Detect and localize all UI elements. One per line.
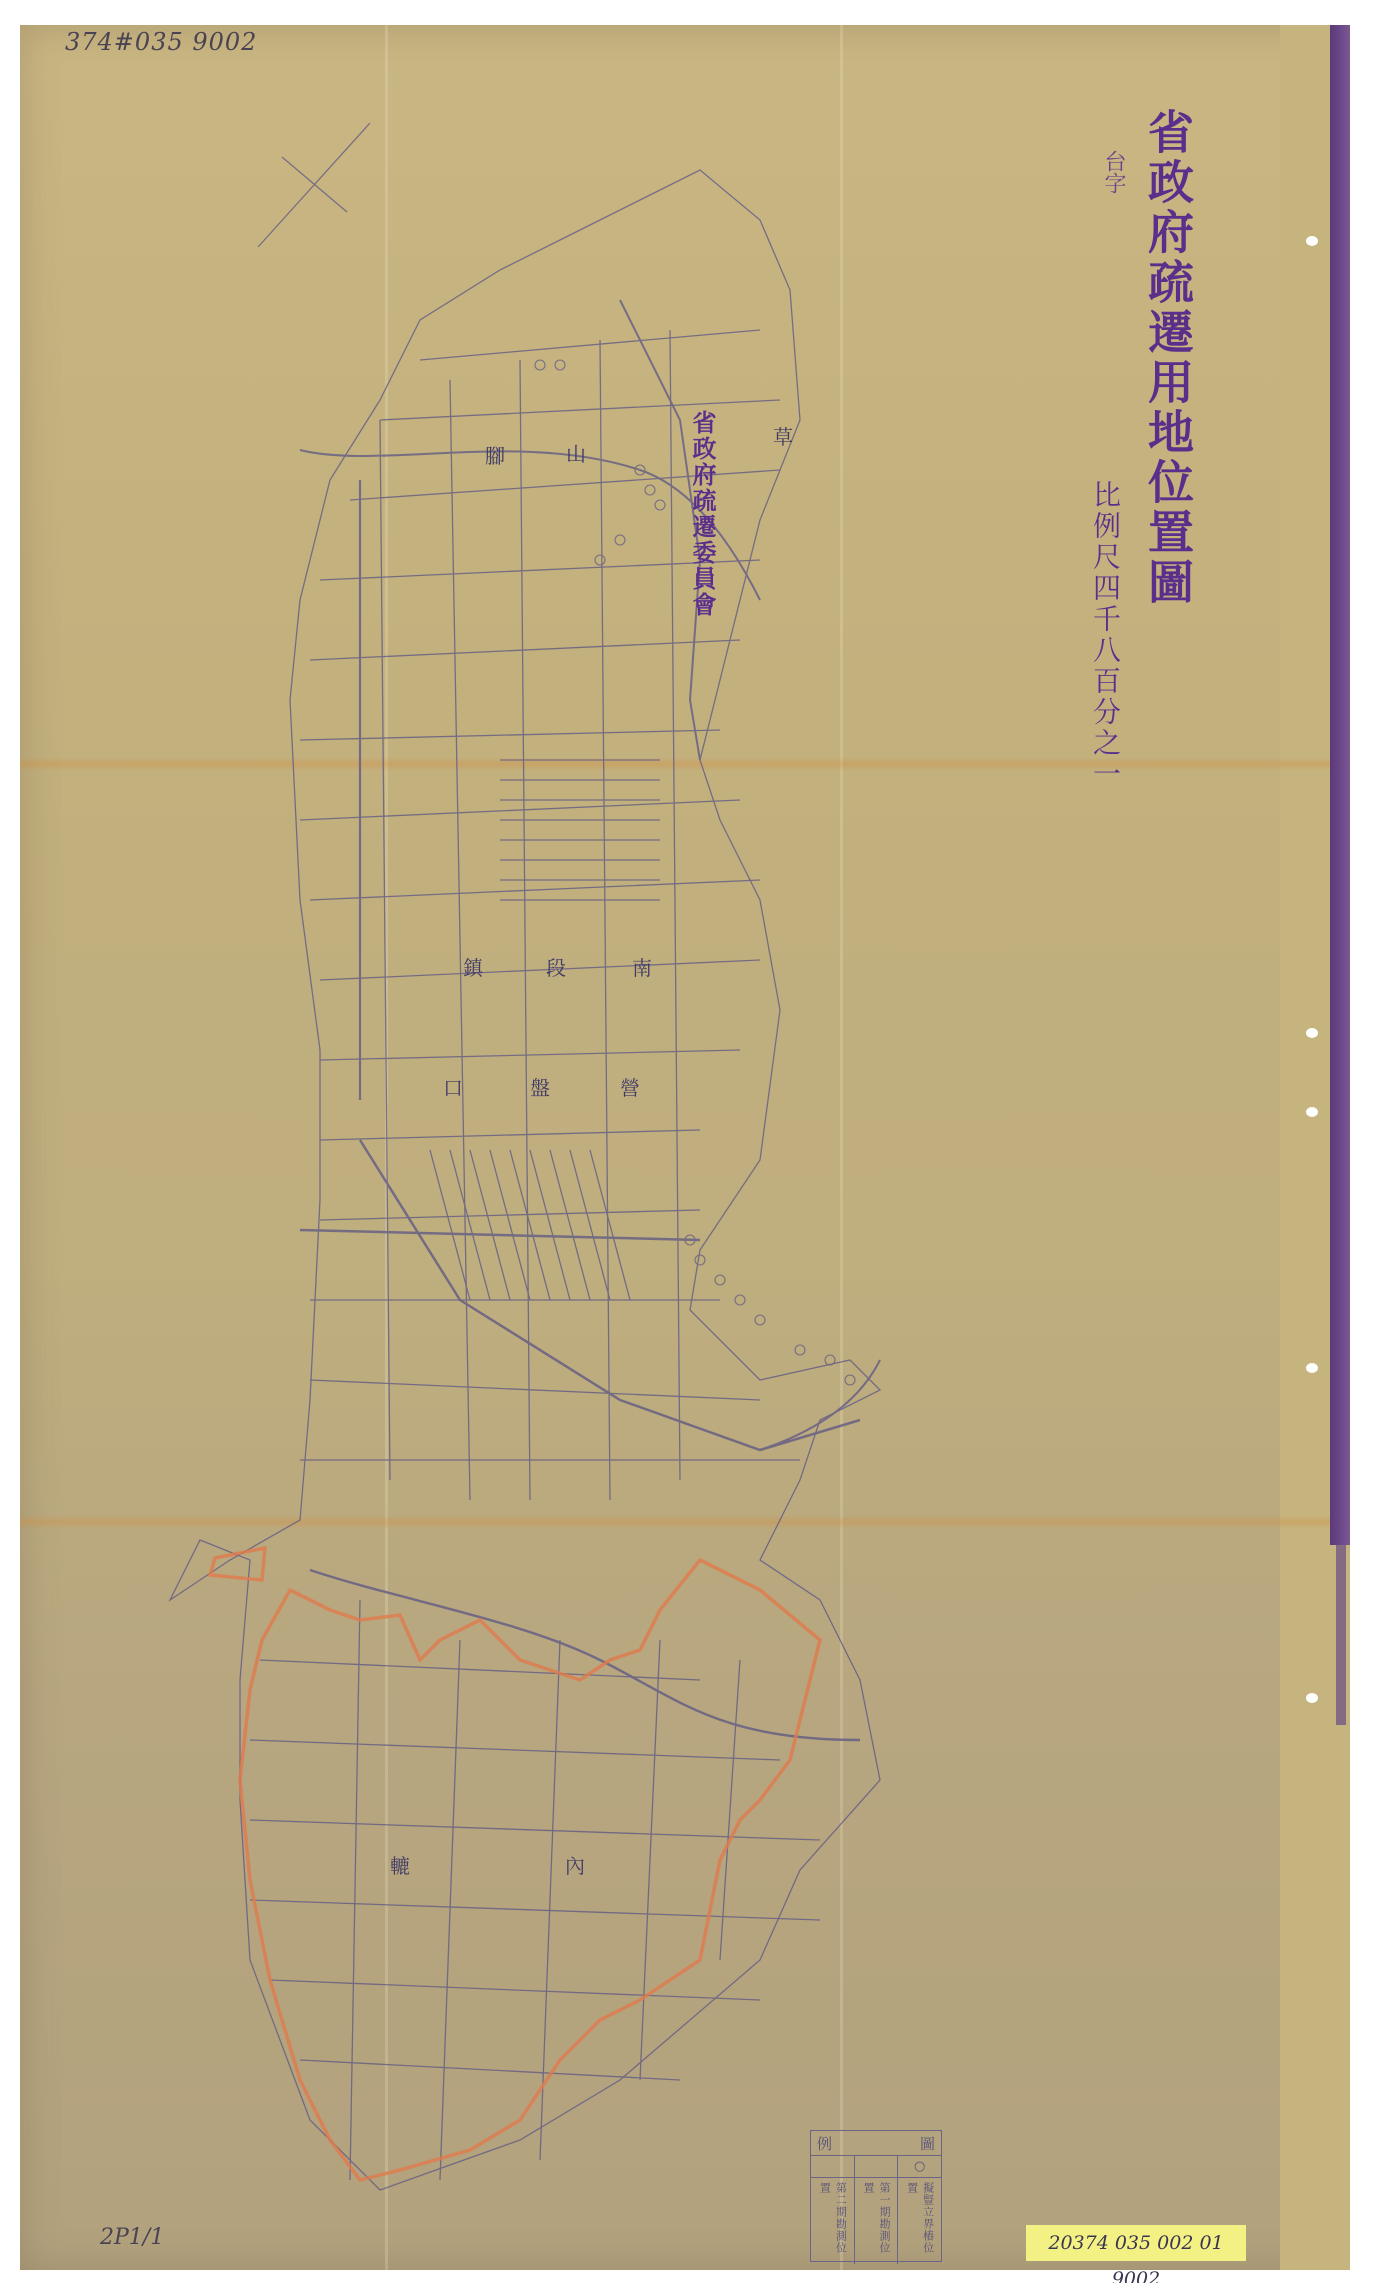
legend-heading-right: 圖 (920, 2133, 935, 2153)
sheet-number-note: 2P1/1 (100, 2225, 164, 2250)
legend-label: 第二期勘測位置 (816, 2178, 848, 2264)
legend-heading-left: 例 (817, 2133, 832, 2153)
place-label-shan: 山 (566, 438, 586, 467)
legend-label: 擬豎立界樁位置 (904, 2178, 936, 2264)
legend-item: ○ 擬豎立界樁位置 (897, 2156, 941, 2264)
phase-two-swatch-icon (811, 2156, 854, 2178)
place-label-duan: 段 (546, 952, 566, 981)
place-label-pan: 盤 (530, 1072, 550, 1101)
map-title: 省政府疏遷用地位置圖 (1135, 108, 1201, 608)
side-mark: 台字 (1098, 150, 1129, 194)
map-scale: 比例尺四千八百分之一 (1085, 480, 1125, 790)
legend-item: 第二期勘測位置 (811, 2156, 854, 2264)
place-label-cao: 草 (773, 421, 793, 450)
place-label-ying: 營 (620, 1072, 640, 1101)
place-label-nan: 南 (632, 952, 652, 981)
map-legend: 例 圖 ○ 擬豎立界樁位置 第一期勘測位置 第二期勘測位置 (810, 2130, 942, 2262)
phase-one-swatch-icon (855, 2156, 898, 2178)
boundary-marker-icon: ○ (898, 2156, 941, 2178)
archive-sticker: 20374 035 002 01 9002 (1026, 2225, 1246, 2261)
legend-items: ○ 擬豎立界樁位置 第一期勘測位置 第二期勘測位置 (811, 2156, 941, 2264)
legend-header: 例 圖 (811, 2131, 941, 2156)
place-label-jiao: 腳 (485, 440, 505, 469)
place-label-lu: 轆 (390, 1850, 410, 1879)
legend-label: 第一期勘測位置 (860, 2178, 892, 2264)
place-label-kou: 口 (443, 1072, 463, 1101)
archive-reference-note: 374#035 9002 (65, 28, 257, 56)
survey-boundary (210, 1548, 820, 2180)
place-label-zhen: 鎮 (463, 952, 483, 981)
place-label-nei: 內 (565, 1850, 585, 1879)
committee-stamp: 省政府疏遷委員會 (685, 410, 720, 618)
legend-item: 第一期勘測位置 (854, 2156, 898, 2264)
